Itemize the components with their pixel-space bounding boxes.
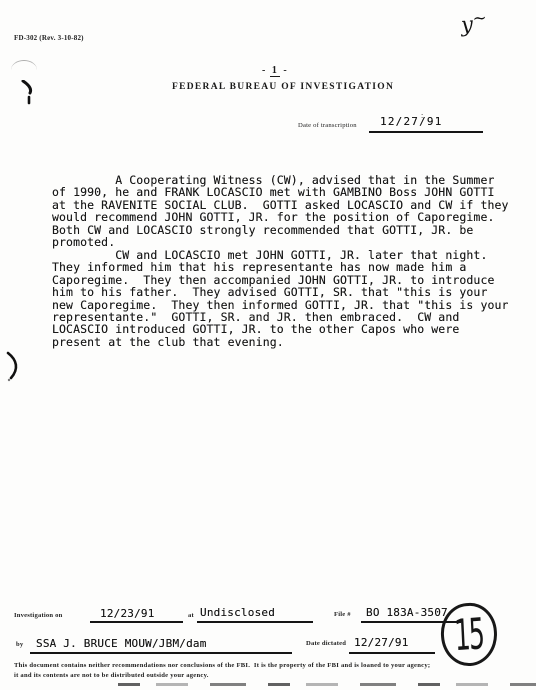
date-dictated-label: Date dictated <box>306 640 346 647</box>
pen-mark-curve <box>5 351 25 383</box>
investigation-on-label: Investigation on <box>14 612 62 619</box>
form-number: FD-302 (Rev. 3-10-82) <box>14 34 84 42</box>
page-number-dash-right: - <box>283 65 287 76</box>
handwritten-tilde: ~ <box>472 8 488 29</box>
handwritten-mark: y~ <box>460 11 488 37</box>
transcription-date-label: Date of transcription <box>298 122 357 129</box>
by-label: by <box>16 641 23 648</box>
fd302-document-page: FD-302 (Rev. 3-10-82) y~ - 1 - FEDERAL B… <box>0 0 536 690</box>
pen-mark-arc <box>11 60 37 70</box>
transcription-date-value: 12/27/91 <box>380 115 443 128</box>
agent-name-underline <box>30 652 292 654</box>
agent-name-value: SSA J. BRUCE MOUW/JBM/dam <box>36 637 207 650</box>
date-dictated-underline <box>349 652 435 654</box>
page-number-dash-left: - <box>262 65 266 76</box>
file-number-label: File # <box>334 611 351 618</box>
investigation-date-value: 12/23/91 <box>100 607 155 620</box>
document-title: FEDERAL BUREAU OF INVESTIGATION <box>172 82 394 92</box>
page-number: - 1 - <box>262 65 288 76</box>
date-dictated-value: 12/27/91 <box>354 636 409 649</box>
body-paragraph-2: CW and LOCASCIO met JOHN GOTTI, JR. late… <box>52 249 509 348</box>
investigation-location-value: Undisclosed <box>200 606 275 619</box>
file-number-value: BO 183A-3507 <box>366 606 448 619</box>
transcription-date-underline <box>369 131 483 133</box>
investigation-date-underline <box>90 621 183 623</box>
at-label: at <box>188 612 194 619</box>
investigation-location-underline <box>197 621 313 623</box>
circled-number-value: 15 <box>454 612 485 657</box>
disclaimer-text: This document contains neither recommend… <box>14 661 430 681</box>
page-number-value: 1 <box>270 65 280 77</box>
circled-number-annotation: 15 <box>439 601 499 668</box>
body-paragraph-1: A Cooperating Witness (CW), advised that… <box>52 174 509 248</box>
pen-mark-hook <box>21 80 37 106</box>
scan-artifact-line <box>118 683 536 686</box>
